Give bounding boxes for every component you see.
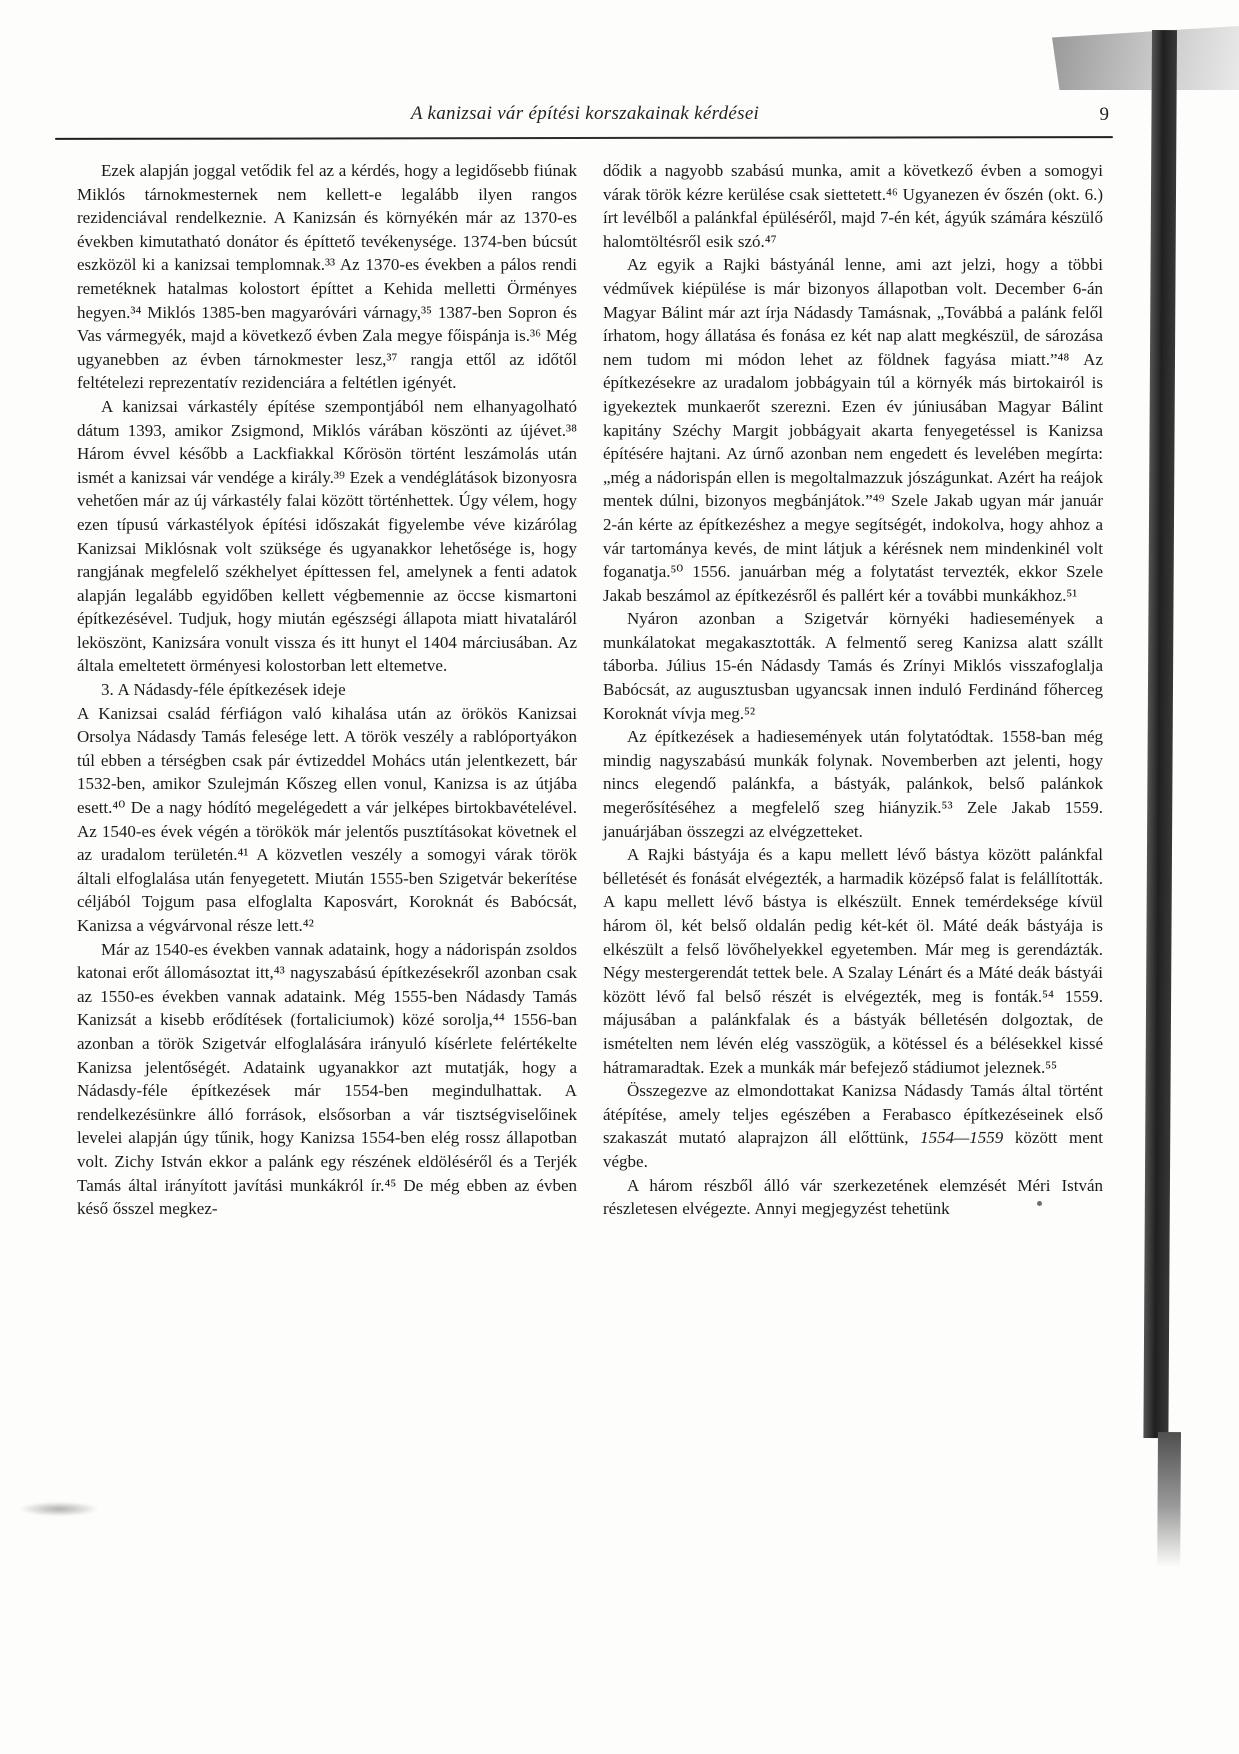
paragraph: Már az 1540-es években vannak adataink, … <box>77 938 577 1221</box>
left-column: Ezek alapján joggal vetődik fel az a kér… <box>77 159 577 1221</box>
running-title: A kanizsai vár építési korszakainak kérd… <box>55 103 1115 125</box>
paragraph: A Kanizsai család férfiágon való kihalás… <box>77 702 577 938</box>
paragraph: A kanizsai várkastély építése szempontjá… <box>77 395 577 678</box>
article-body: Ezek alapján joggal vetődik fel az a kér… <box>77 159 1103 1221</box>
paragraph: dődik a nagyobb szabású munka, amit a kö… <box>603 159 1103 253</box>
scan-edge-bar-fade <box>1157 1432 1181 1567</box>
running-header: A kanizsai vár építési korszakainak kérd… <box>55 103 1115 143</box>
paragraph: Ezek alapján joggal vetődik fel az a kér… <box>77 159 577 395</box>
paragraph: Nyáron azonban a Szigetvár környéki hadi… <box>603 607 1103 725</box>
paragraph: A három részből álló vár szerkezetének e… <box>603 1174 1103 1221</box>
scan-smudge <box>20 1502 98 1516</box>
paragraph: Az építkezések a hadiesemények után foly… <box>603 725 1103 843</box>
scan-edge-bar <box>1143 30 1177 1438</box>
right-column: dődik a nagyobb szabású munka, amit a kö… <box>603 159 1103 1221</box>
paragraph: 3. A Nádasdy-féle építkezések ideje <box>77 678 577 702</box>
scan-edge-shading <box>1052 26 1239 90</box>
paragraph: A Rajki bástyája és a kapu mellett lévő … <box>603 843 1103 1079</box>
scanned-page: A kanizsai vár építési korszakainak kérd… <box>0 0 1239 1754</box>
paragraph: Az egyik a Rajki bástyánál lenne, ami az… <box>603 253 1103 607</box>
page-number: 9 <box>1100 104 1110 126</box>
paragraph: Összegezve az elmondottakat Kanizsa Náda… <box>603 1079 1103 1173</box>
header-rule <box>55 136 1113 140</box>
